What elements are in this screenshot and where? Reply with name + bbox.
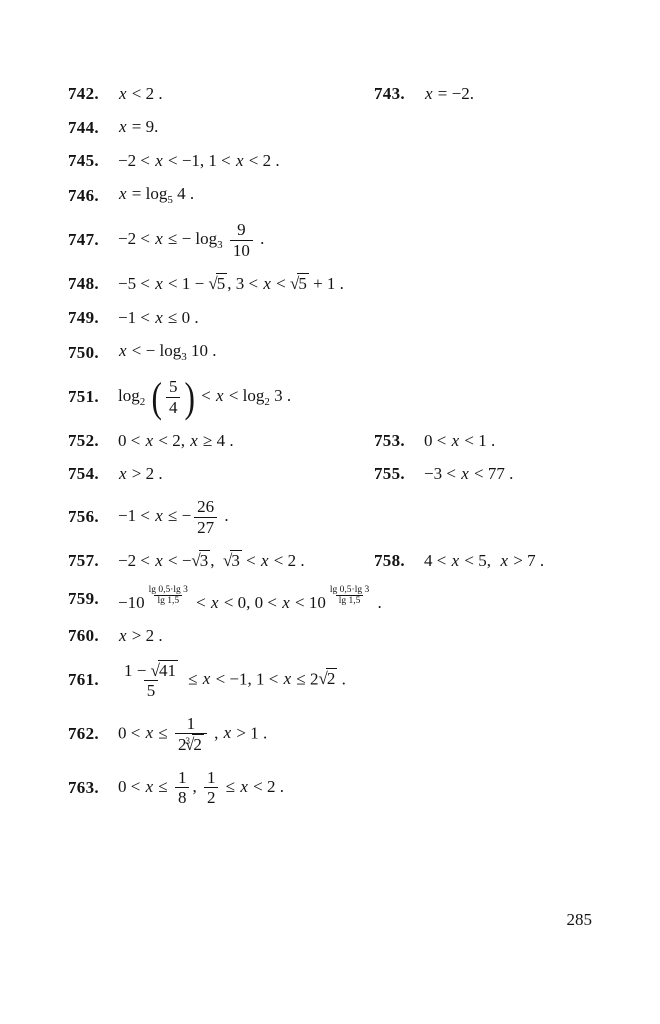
book-page: { "page": { "number": "285", "background… xyxy=(0,0,660,1024)
math-text: 3 . xyxy=(270,386,291,405)
answer-row: 759.−10lg 0,5·lg 3lg 1,5 < x < 0, 0 < x … xyxy=(68,585,660,614)
math-text: < −1, 1 < xyxy=(164,151,235,170)
math-text: −2 < xyxy=(118,151,154,170)
math-text: ≤ − xyxy=(164,506,191,525)
answers-list: 742.x < 2 .743.x = −2.744.x = 9.745.−2 <… xyxy=(0,84,660,821)
answer-expression: x < − log3 10 . xyxy=(118,341,216,364)
problem-number: 747. xyxy=(68,230,118,250)
math-text: −2 < xyxy=(118,551,154,570)
math-superscript: lg 0,5·lg 3lg 1,5 xyxy=(145,585,192,607)
answer-row: 746.x = log5 4 . xyxy=(68,184,660,207)
math-text: 0 < xyxy=(118,777,145,796)
math-variable: x xyxy=(118,184,128,203)
paren-content: 54 xyxy=(163,377,184,417)
math-text: < −1, 1 < xyxy=(211,669,282,688)
math-text: ≤ 2 xyxy=(292,669,318,688)
math-text: lg 1,5 xyxy=(339,596,361,606)
math-text: ≤ xyxy=(184,669,202,688)
answer-expression: 0 < x < 1 . xyxy=(424,431,495,451)
math-text: > 1 . xyxy=(232,723,267,742)
math-text: 5 xyxy=(217,274,226,293)
math-fraction: 910 xyxy=(230,220,253,260)
problem-number: 753. xyxy=(374,431,424,451)
problem-number: 754. xyxy=(68,464,118,484)
math-text: < 2 . xyxy=(245,151,280,170)
math-text: −1 < xyxy=(118,506,154,525)
math-text: < 2 . xyxy=(270,551,305,570)
problem-number: 752. xyxy=(68,431,118,451)
fraction-numerator: 1 − √41 xyxy=(121,660,181,681)
math-text: −3 < xyxy=(424,464,460,483)
answer-row: 756.−1 < x ≤ −2627 . xyxy=(68,497,660,537)
page-number: 285 xyxy=(567,910,593,930)
answer-expression: x = −2. xyxy=(424,84,474,104)
math-variable: x xyxy=(118,117,128,136)
answer-row: 745.−2 < x < −1, 1 < x < 2 . xyxy=(68,151,660,171)
math-text: lg 1,5 xyxy=(157,596,179,606)
math-text: 0 < xyxy=(118,723,145,742)
fraction-denominator: 10 xyxy=(230,240,253,261)
math-text: 4 xyxy=(169,398,178,417)
math-text: −5 < xyxy=(118,274,154,293)
math-fraction: 54 xyxy=(166,377,181,417)
math-text: 0 < xyxy=(424,431,451,450)
radicand: 3 xyxy=(230,550,242,570)
math-text: ≤ 0 . xyxy=(164,308,199,327)
parentheses-group: (54) xyxy=(150,377,195,417)
math-text: < 77 . xyxy=(470,464,514,483)
problem-number: 758. xyxy=(374,551,424,571)
math-text: 1 xyxy=(178,768,187,787)
math-variable: x xyxy=(235,151,245,170)
radicand: 41 xyxy=(158,660,178,680)
answer-item: 748.−5 < x < 1 − √5, 3 < x < √5 + 1 . xyxy=(68,273,344,294)
math-variable: x xyxy=(223,723,233,742)
answer-expression: x = 9. xyxy=(118,117,158,137)
math-variable: x xyxy=(202,669,212,688)
fraction-numerator: 1 xyxy=(175,768,190,788)
answer-row: 748.−5 < x < 1 − √5, 3 < x < √5 + 1 . xyxy=(68,273,660,294)
answer-row: 754.x > 2 .755.−3 < x < 77 . xyxy=(68,464,660,484)
math-text: 3 xyxy=(231,551,240,570)
math-text: = log xyxy=(128,184,168,203)
radicand: 2 xyxy=(326,668,338,688)
math-variable: x xyxy=(154,308,164,327)
fraction-denominator: 5 xyxy=(144,680,159,701)
math-text: ≤ xyxy=(154,777,172,796)
math-radical: 3√2 xyxy=(186,734,203,755)
math-text: lg 0,5·lg 3 xyxy=(149,585,188,595)
math-variable: x xyxy=(499,551,509,570)
math-text: −10 xyxy=(118,593,145,612)
problem-number: 748. xyxy=(68,274,118,294)
math-variable: x xyxy=(281,593,291,612)
fraction-denominator: lg 1,5 xyxy=(154,595,182,606)
fraction-numerator: lg 0,5·lg 3 xyxy=(146,585,191,595)
math-text: ≤ xyxy=(221,777,239,796)
answer-item: 756.−1 < x ≤ −2627 . xyxy=(68,497,229,537)
fraction-denominator: 2 xyxy=(204,787,219,808)
answer-item: 747.−2 < x ≤ − log3 910 . xyxy=(68,220,264,260)
math-text: 2 xyxy=(327,669,336,688)
math-text: < log xyxy=(225,386,265,405)
math-text: . xyxy=(373,593,382,612)
problem-number: 746. xyxy=(68,186,118,206)
answer-row: 747.−2 < x ≤ − log3 910 . xyxy=(68,220,660,260)
fraction-numerator: 9 xyxy=(234,220,249,240)
math-text: 27 xyxy=(197,518,214,537)
fraction-numerator: lg 0,5·lg 3 xyxy=(327,585,372,595)
math-variable: x xyxy=(210,593,220,612)
problem-number: 757. xyxy=(68,551,118,571)
math-text: < xyxy=(197,386,215,405)
problem-number: 755. xyxy=(374,464,424,484)
answer-item: 753.0 < x < 1 . xyxy=(374,431,495,451)
math-variable: x xyxy=(118,341,128,360)
math-variable: x xyxy=(283,669,293,688)
math-text: = 9. xyxy=(128,117,159,136)
answer-item: 752.0 < x < 2, x ≥ 4 . xyxy=(68,431,374,451)
problem-number: 749. xyxy=(68,308,118,328)
math-text: < xyxy=(192,593,210,612)
answer-row: 762.0 < x ≤ 123√2 , x > 1 . xyxy=(68,714,660,755)
answer-expression: x = log5 4 . xyxy=(118,184,194,207)
problem-number: 762. xyxy=(68,724,118,744)
answer-item: 749.−1 < x ≤ 0 . xyxy=(68,308,199,328)
answer-item: 750.x < − log3 10 . xyxy=(68,341,216,364)
fraction-denominator: lg 1,5 xyxy=(336,595,364,606)
math-text: < 1 . xyxy=(460,431,495,450)
fraction-numerator: 26 xyxy=(194,497,217,517)
math-text: = −2. xyxy=(434,84,474,103)
answer-expression: −1 < x ≤ 0 . xyxy=(118,308,199,328)
math-text: < − xyxy=(164,551,192,570)
math-text: . xyxy=(337,669,346,688)
answer-expression: −2 < x < −1, 1 < x < 2 . xyxy=(118,151,280,171)
answer-item: 742.x < 2 . xyxy=(68,84,374,104)
math-radical: √2 xyxy=(318,668,337,689)
math-text: < 10 xyxy=(291,593,326,612)
answer-expression: −2 < x < −√3, √3 < x < 2 . xyxy=(118,550,305,571)
answer-item: 763.0 < x ≤ 18, 12 ≤ x < 2 . xyxy=(68,768,284,808)
left-paren: ( xyxy=(150,376,162,418)
math-variable: x xyxy=(118,626,128,645)
math-text: > 2 . xyxy=(128,464,163,483)
math-radical: √3 xyxy=(191,550,210,571)
answer-row: 749.−1 < x ≤ 0 . xyxy=(68,308,660,328)
math-variable: x xyxy=(154,274,164,293)
math-fraction: 2627 xyxy=(194,497,217,537)
math-radical: √5 xyxy=(208,273,227,294)
answer-item: 757.−2 < x < −√3, √3 < x < 2 . xyxy=(68,550,374,571)
math-text: 0 < xyxy=(118,431,145,450)
math-variable: x xyxy=(118,84,128,103)
answer-item: 751.log2 (54) < x < log2 3 . xyxy=(68,377,291,417)
answer-row: 757.−2 < x < −√3, √3 < x < 2 .758.4 < x … xyxy=(68,550,660,571)
problem-number: 756. xyxy=(68,507,118,527)
radicand: 5 xyxy=(297,273,309,293)
answer-row: 761.1 − √415 ≤ x < −1, 1 < x ≤ 2√2 . xyxy=(68,660,660,701)
answer-expression: 4 < x < 5, x > 7 . xyxy=(424,551,544,571)
math-text: lg 0,5·lg 3 xyxy=(330,585,369,595)
math-text: < 0, 0 < xyxy=(220,593,282,612)
answer-expression: x > 2 . xyxy=(118,464,163,484)
problem-number: 761. xyxy=(68,670,118,690)
math-text: −2 < xyxy=(118,229,154,248)
math-fraction: lg 0,5·lg 3lg 1,5 xyxy=(146,585,191,607)
math-radical: √3 xyxy=(223,550,242,571)
root-index: 3 xyxy=(185,736,190,746)
radicand: 3 xyxy=(199,550,211,570)
math-text: , 3 < xyxy=(227,274,262,293)
fraction-numerator: 1 xyxy=(204,768,219,788)
math-variable: x xyxy=(118,464,128,483)
math-variable: x xyxy=(215,386,225,405)
math-text: 1 xyxy=(187,714,196,733)
math-text: ≥ 4 . xyxy=(199,431,234,450)
answer-row: 742.x < 2 .743.x = −2. xyxy=(68,84,660,104)
math-text: ≤ xyxy=(154,723,172,742)
math-fraction: 18 xyxy=(175,768,190,808)
math-text: < 2 . xyxy=(128,84,163,103)
math-text: . xyxy=(220,506,229,525)
math-fraction: lg 0,5·lg 3lg 1,5 xyxy=(327,585,372,607)
math-text: 8 xyxy=(178,788,187,807)
math-variable: x xyxy=(451,431,461,450)
problem-number: 745. xyxy=(68,151,118,171)
math-text: > 2 . xyxy=(128,626,163,645)
answer-expression: 0 < x ≤ 18, 12 ≤ x < 2 . xyxy=(118,768,284,808)
answer-expression: −2 < x ≤ − log3 910 . xyxy=(118,220,264,260)
answer-item: 762.0 < x ≤ 123√2 , x > 1 . xyxy=(68,714,267,755)
math-text: , xyxy=(210,551,223,570)
math-text: 4 . xyxy=(173,184,194,203)
math-variable: x xyxy=(460,464,470,483)
fraction-numerator: 1 xyxy=(184,714,199,734)
problem-number: 763. xyxy=(68,778,118,798)
answer-row: 751.log2 (54) < x < log2 3 . xyxy=(68,377,660,417)
math-text: ≤ − log xyxy=(164,229,217,248)
math-text: < xyxy=(272,274,290,293)
answer-expression: −1 < x ≤ −2627 . xyxy=(118,497,229,537)
answer-expression: −10lg 0,5·lg 3lg 1,5 < x < 0, 0 < x < 10… xyxy=(118,585,382,614)
answer-item: 743.x = −2. xyxy=(374,84,474,104)
answer-expression: 1 − √415 ≤ x < −1, 1 < x ≤ 2√2 . xyxy=(118,660,346,701)
math-text xyxy=(223,229,227,248)
math-text: . xyxy=(256,229,265,248)
math-variable: x xyxy=(189,431,199,450)
math-variable: x xyxy=(262,274,272,293)
math-variable: x xyxy=(451,551,461,570)
math-text: < xyxy=(242,551,260,570)
answer-expression: x > 2 . xyxy=(118,626,163,646)
answer-item: 760.x > 2 . xyxy=(68,626,163,646)
math-superscript: lg 0,5·lg 3lg 1,5 xyxy=(326,585,373,607)
math-text: log xyxy=(118,386,140,405)
math-variable: x xyxy=(145,723,155,742)
math-text: 5 xyxy=(147,681,156,700)
math-text: < 1 − xyxy=(164,274,209,293)
math-variable: x xyxy=(154,506,164,525)
math-text: 1 − xyxy=(124,661,151,680)
answer-row: 763.0 < x ≤ 18, 12 ≤ x < 2 . xyxy=(68,768,660,808)
radicand: 2 xyxy=(192,734,204,754)
math-fraction: 1 − √415 xyxy=(121,660,181,701)
math-variable: x xyxy=(239,777,249,796)
math-text: −1 < xyxy=(118,308,154,327)
problem-number: 750. xyxy=(68,343,118,363)
math-radical: √41 xyxy=(151,660,178,681)
math-variable: x xyxy=(260,551,270,570)
fraction-denominator: 4 xyxy=(166,397,181,418)
math-text: , xyxy=(192,777,201,796)
problem-number: 759. xyxy=(68,589,118,609)
answer-expression: x < 2 . xyxy=(118,84,163,104)
fraction-numerator: 5 xyxy=(166,377,181,397)
math-text: 9 xyxy=(237,220,246,239)
problem-number: 744. xyxy=(68,118,118,138)
answer-expression: −5 < x < 1 − √5, 3 < x < √5 + 1 . xyxy=(118,273,344,294)
math-text: 3 xyxy=(200,551,209,570)
answer-item: 745.−2 < x < −1, 1 < x < 2 . xyxy=(68,151,280,171)
answer-expression: 0 < x ≤ 123√2 , x > 1 . xyxy=(118,714,267,755)
math-text: 10 xyxy=(233,241,250,260)
math-text: > 7 . xyxy=(509,551,544,570)
math-text: < − log xyxy=(128,341,182,360)
math-text: < 2, xyxy=(154,431,189,450)
math-variable: x xyxy=(424,84,434,103)
math-variable: x xyxy=(154,229,164,248)
math-variable: x xyxy=(154,151,164,170)
answer-row: 744.x = 9. xyxy=(68,117,660,137)
math-text: , xyxy=(210,723,223,742)
math-text xyxy=(145,386,149,405)
math-text: 26 xyxy=(197,497,214,516)
math-text: + 1 . xyxy=(309,274,344,293)
answer-row: 760.x > 2 . xyxy=(68,626,660,646)
problem-number: 743. xyxy=(374,84,424,104)
math-text: 2 xyxy=(193,735,202,754)
math-text: 2 xyxy=(207,788,216,807)
answer-expression: 0 < x < 2, x ≥ 4 . xyxy=(118,431,234,451)
answer-expression: −3 < x < 77 . xyxy=(424,464,513,484)
math-variable: x xyxy=(154,551,164,570)
fraction-denominator: 8 xyxy=(175,787,190,808)
math-radical: √5 xyxy=(290,273,309,294)
math-text: < 2 . xyxy=(249,777,284,796)
problem-number: 760. xyxy=(68,626,118,646)
answer-item: 746.x = log5 4 . xyxy=(68,184,194,207)
math-fraction: 12 xyxy=(204,768,219,808)
right-paren: ) xyxy=(183,376,195,418)
answer-item: 758.4 < x < 5, x > 7 . xyxy=(374,551,544,571)
fraction-denominator: 27 xyxy=(194,517,217,538)
math-text: 1 xyxy=(207,768,216,787)
problem-number: 751. xyxy=(68,387,118,407)
math-text: 41 xyxy=(159,661,176,680)
math-text: 4 < xyxy=(424,551,451,570)
radicand: 5 xyxy=(216,273,228,293)
answer-item: 761.1 − √415 ≤ x < −1, 1 < x ≤ 2√2 . xyxy=(68,660,346,701)
math-text: 5 xyxy=(169,377,178,396)
answer-expression: log2 (54) < x < log2 3 . xyxy=(118,377,291,417)
math-variable: x xyxy=(145,431,155,450)
answer-item: 754.x > 2 . xyxy=(68,464,374,484)
answer-item: 744.x = 9. xyxy=(68,117,158,137)
answer-item: 755.−3 < x < 77 . xyxy=(374,464,513,484)
math-text: 5 xyxy=(298,274,307,293)
answer-row: 750.x < − log3 10 . xyxy=(68,341,660,364)
math-text: < 5, xyxy=(460,551,499,570)
fraction-denominator: 23√2 xyxy=(175,733,207,755)
problem-number: 742. xyxy=(68,84,118,104)
math-variable: x xyxy=(145,777,155,796)
answer-row: 752.0 < x < 2, x ≥ 4 .753.0 < x < 1 . xyxy=(68,431,660,451)
math-text: 10 . xyxy=(187,341,217,360)
math-fraction: 123√2 xyxy=(175,714,207,755)
answer-item: 759.−10lg 0,5·lg 3lg 1,5 < x < 0, 0 < x … xyxy=(68,585,382,614)
